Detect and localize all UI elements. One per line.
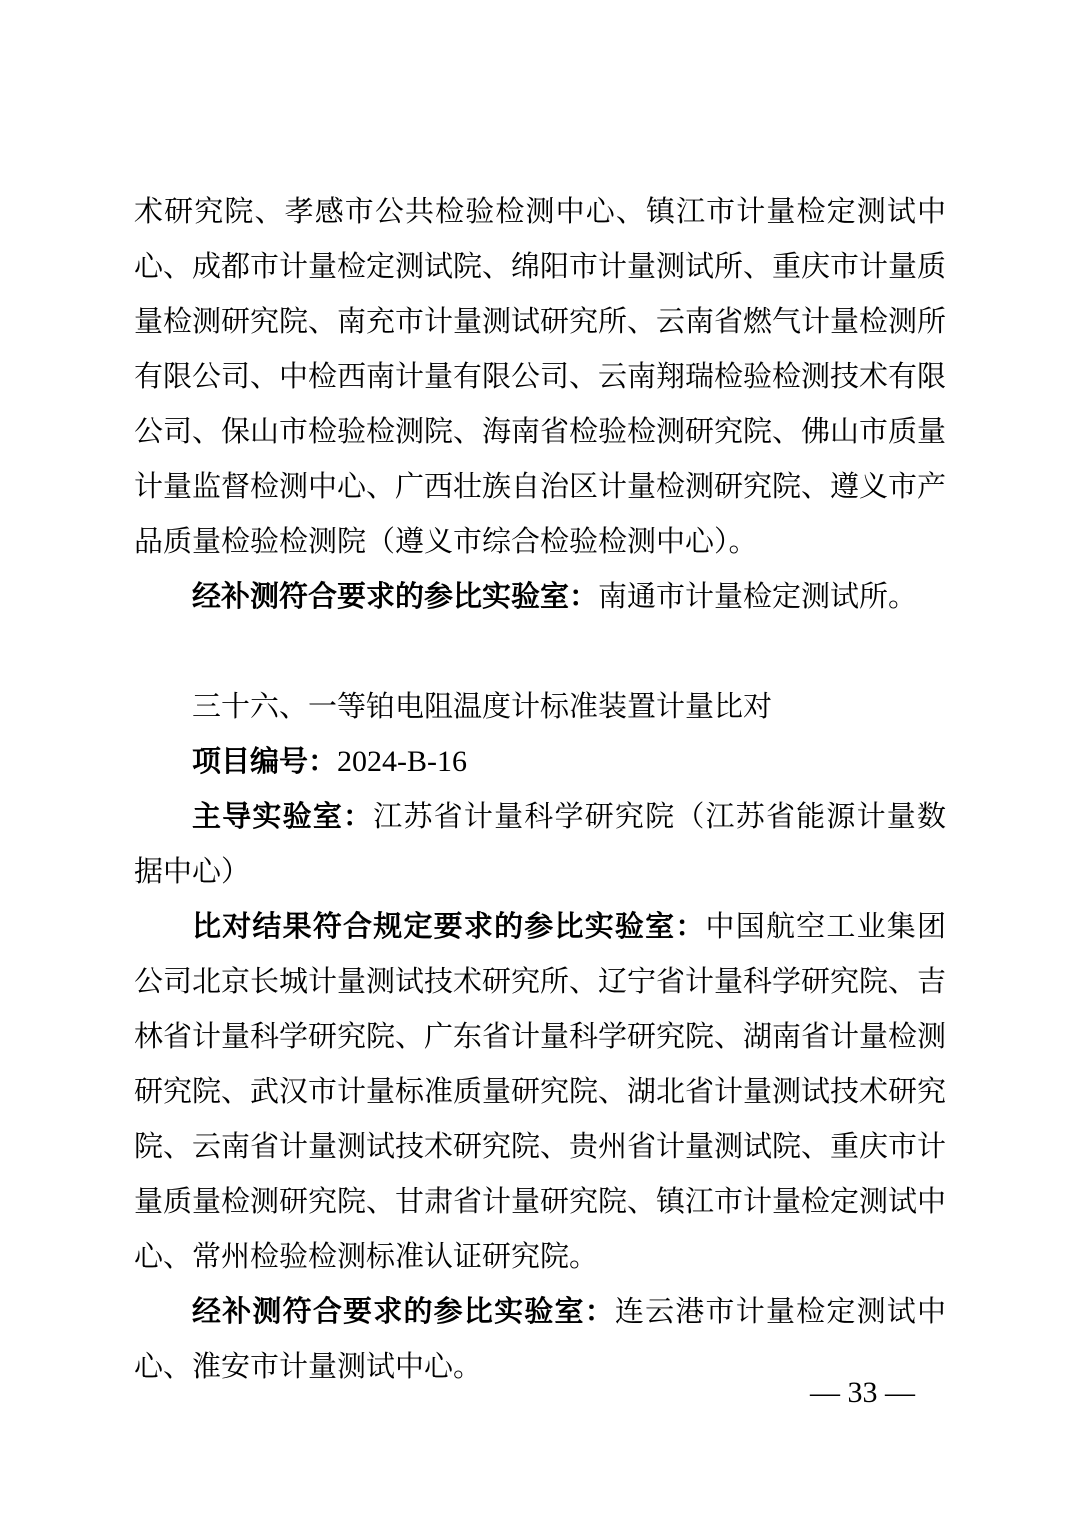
paragraph-prev-supplement: 经补测符合要求的参比实验室：南通市计量检定测试所。 <box>134 569 946 624</box>
paragraph-continuation: 术研究院、孝感市公共检验检测中心、镇江市计量检定测试中心、成都市计量检定测试院、… <box>134 184 946 569</box>
lead-lab-paragraph: 主导实验室：江苏省计量科学研究院（江苏省能源计量数据中心） <box>134 789 946 899</box>
lead-lab-label: 主导实验室： <box>192 799 373 833</box>
project-number-value: 2024-B-16 <box>337 745 467 778</box>
qualified-labs-paragraph: 比对结果符合规定要求的参比实验室：中国航空工业集团公司北京长城计量测试技术研究所… <box>134 899 946 1284</box>
section-heading: 三十六、一等铂电阻温度计标准装置计量比对 <box>134 679 946 734</box>
prev-supplement-label: 经补测符合要求的参比实验室： <box>192 579 598 613</box>
prev-supplement-text: 南通市计量检定测试所。 <box>598 579 917 613</box>
project-number-line: 项目编号：2024-B-16 <box>134 734 946 789</box>
qualified-labs-value: 中国航空工业集团公司北京长城计量测试技术研究所、辽宁省计量科学研究院、吉林省计量… <box>134 909 946 1273</box>
project-number-label: 项目编号： <box>192 744 337 778</box>
page-number: — 33 — <box>810 1376 915 1410</box>
text-block: 术研究院、孝感市公共检验检测中心、镇江市计量检定测试中心、成都市计量检定测试院、… <box>134 184 946 1394</box>
supplement-labs-label: 经补测符合要求的参比实验室： <box>192 1294 615 1328</box>
document-page: 术研究院、孝感市公共检验检测中心、镇江市计量检定测试中心、成都市计量检定测试院、… <box>0 0 1080 1527</box>
qualified-labs-label: 比对结果符合规定要求的参比实验室： <box>192 909 706 943</box>
